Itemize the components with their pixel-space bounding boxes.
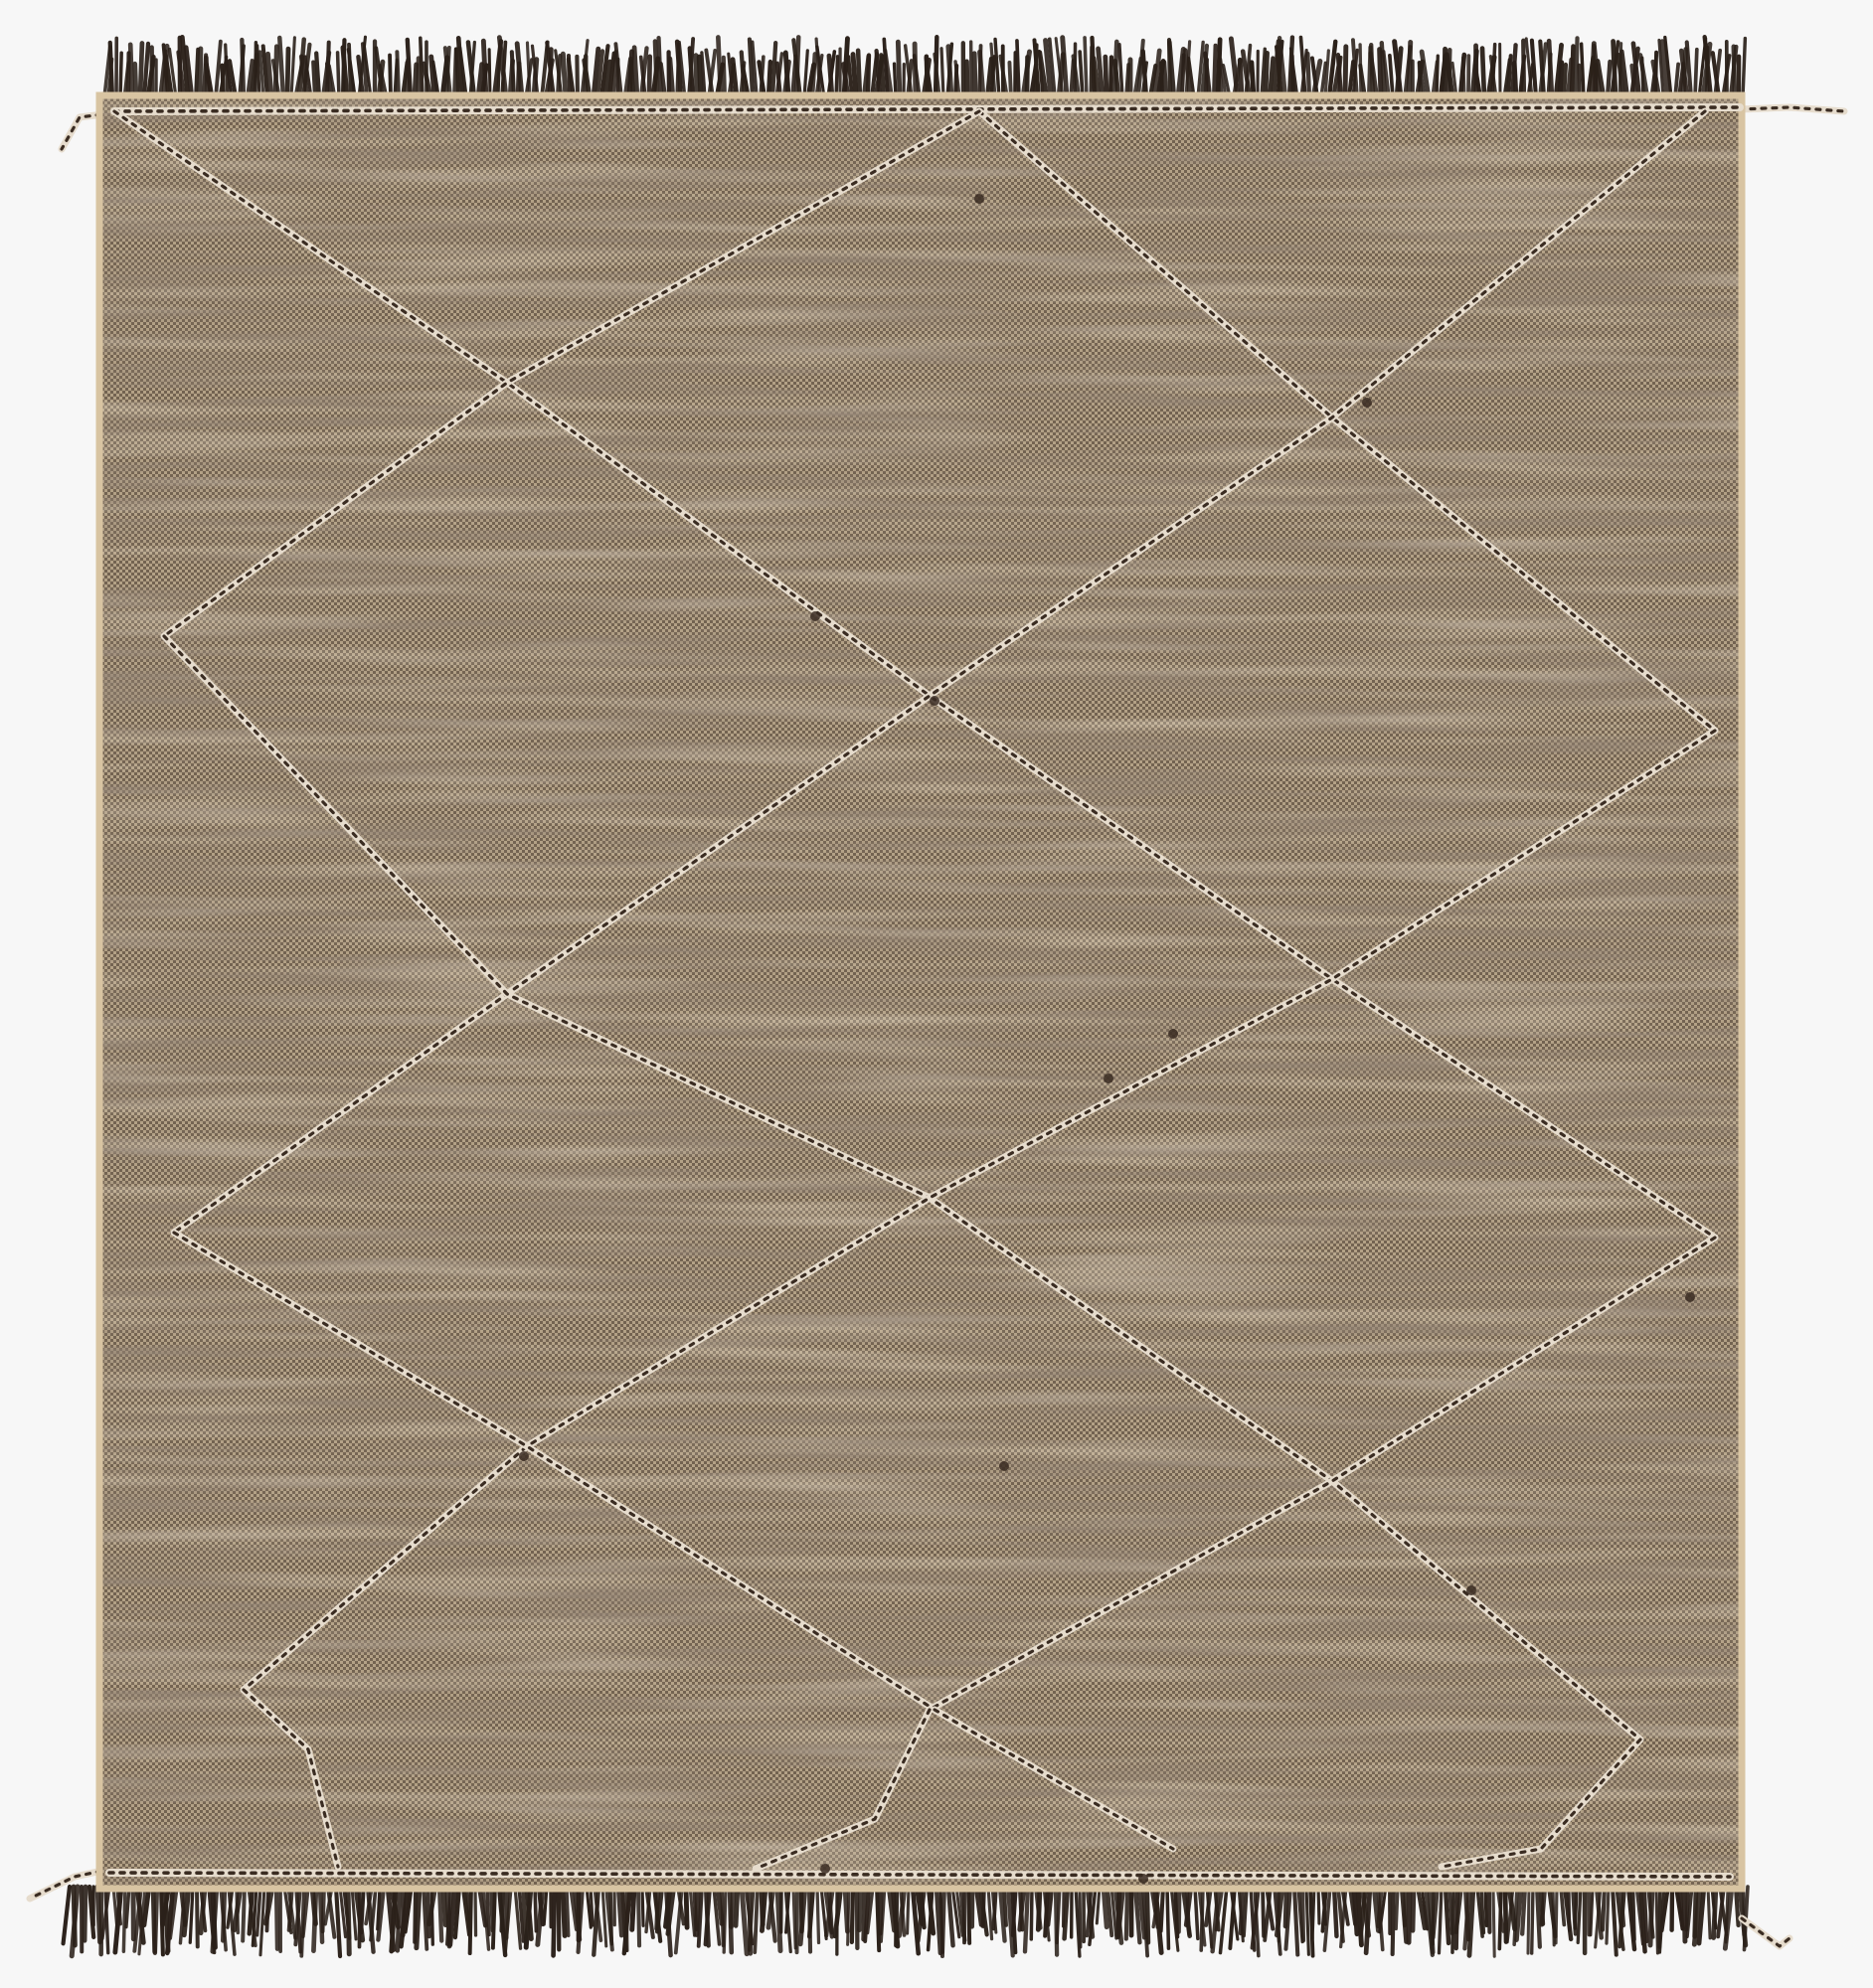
rug-illustration xyxy=(0,0,1873,1988)
bottom-fringe xyxy=(64,1887,1748,1956)
rug-photo: Flat-woven Moroccan rug with diamond lat… xyxy=(0,0,1873,1988)
top-fringe xyxy=(104,37,1745,97)
